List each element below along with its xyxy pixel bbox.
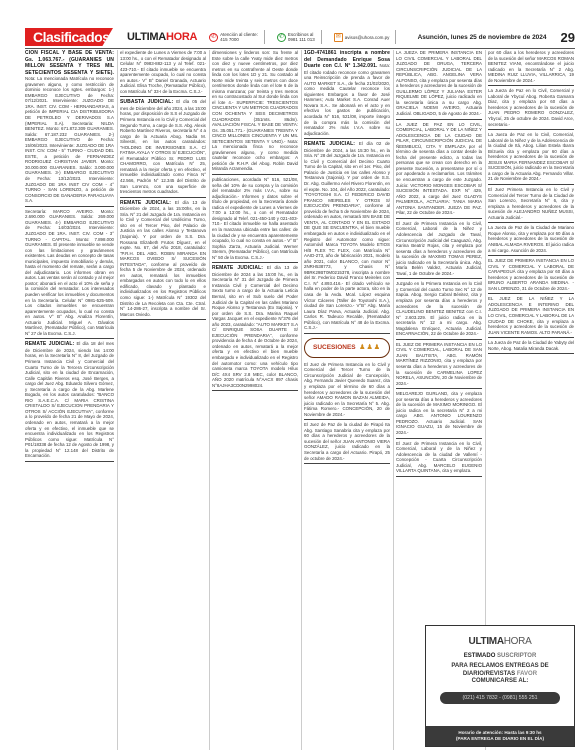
classified-notice: por 60 días a los herederos y acreedores… xyxy=(488,50,574,86)
column-2: el expediente de Lunes a Viernes de 7:00… xyxy=(117,50,206,750)
classified-notice: REMATE JUDICIAL: El día 13 de Diciembre … xyxy=(120,200,206,320)
divider xyxy=(321,30,322,44)
page-number: 29 xyxy=(561,30,575,45)
notice-body: El día 02 de Diciembre de 2024, a las 15… xyxy=(304,141,390,330)
classified-notice: Secretaría: MARCO AVEIRO. Monto: 2.690.0… xyxy=(25,209,114,340)
divider xyxy=(264,30,265,44)
classified-notice: 1GD-4741861 inscripta a nombre del Deman… xyxy=(304,50,390,139)
classified-notice: EL JUEZ DE PRIMERA INSTANCIA EN LO CIVIL… xyxy=(396,342,482,389)
notice-body: Nota: El citado rodado reconoce como gra… xyxy=(304,63,390,136)
notice-body: el expediente de Lunes a Viernes de 7:00… xyxy=(120,50,206,94)
classified-notice: La Jueza de Paz en lo Civil, Comercial, … xyxy=(488,132,574,185)
classified-notice: La Jueza de Paz de la Ciudad de Yabyty d… xyxy=(488,340,574,354)
subscriber-notice-box: ULTIMAHORA ESTIMADO SUSCRIPTOR PARA RECL… xyxy=(425,625,575,747)
header-rule xyxy=(25,48,575,49)
notice-body: Nota: La mencionada Matrícula no reconoc… xyxy=(25,76,114,203)
notice-body: MELGAREJO GURLAND, cita y emplaza por se… xyxy=(396,391,482,435)
classified-notice: REMATE JUDICIAL: El día 13 de Diciembre … xyxy=(212,265,298,391)
classified-notice: El Juez de Primera Instancia en lo Civil… xyxy=(396,221,482,279)
notice-body: LA JUEZ DE PAZ EN LO CIVIL, COMERCIAL, L… xyxy=(396,122,482,216)
notice-body: El día 18 del mes de Diciembre de 2024, … xyxy=(25,341,114,458)
classified-notice: MELGAREJO GURLAND, cita y emplaza por se… xyxy=(396,391,482,438)
notice-body: EL JUEZ DE PRIMERA INSTANCIA EN LO CIVIL… xyxy=(396,342,482,386)
classified-notice: El Juez de Paz de la ciudad de Pirapó It… xyxy=(304,422,390,464)
classified-notice: El Juez de Primera Instancia en lo Civil… xyxy=(304,362,390,420)
notice-body: publicaciones, acordada N° 516, 521/08, … xyxy=(212,177,298,260)
column-3: dimensiones y linderos son: Su frente al… xyxy=(209,50,298,750)
notice-body: El día 05 del mes de Diciembre del año 2… xyxy=(120,99,206,194)
notice-heading: REMATE JUDICIAL: xyxy=(304,141,355,147)
contact-whatsapp: ✆ Escribinos al0981 111 013 xyxy=(277,32,315,42)
notice-body: La Jueza de Paz en lo Civil, Comercial, … xyxy=(488,132,574,181)
notice-heading: REMATE JUDICIAL: xyxy=(120,200,171,206)
contact-email[interactable]: ✉ avisos@uhora.com.py xyxy=(334,33,390,42)
subscriber-title: ESTIMADO SUSCRIPTOR xyxy=(426,653,574,659)
notice-body: El Juez de Paz de la ciudad de Pirapó It… xyxy=(304,422,390,460)
notice-body: El Juez de Primera Instancia en lo Civil… xyxy=(304,362,390,417)
section-title: Clasificados xyxy=(33,29,109,45)
notice-heading: 1GD-4741861 inscripta a nombre del Deman… xyxy=(304,50,390,69)
classified-notice: Juzgado en lo Primera Instancia en lo Ci… xyxy=(396,281,482,339)
classified-notice: REMATE JUDICIAL: El día 02 de Diciembre … xyxy=(304,141,390,334)
whatsapp-icon: ✆ xyxy=(277,33,286,42)
classified-notice: La Jueza de Paz de la Ciudad de Mariano … xyxy=(488,225,574,256)
classified-notice: REMATE JUDICIAL: El día 18 del mes de Di… xyxy=(25,341,114,461)
classified-notice: EL JUEZ DE LA NIÑEZ Y LA ADOLESCENCIA E … xyxy=(488,296,574,338)
notice-body: El Juez de Primera Instancia en lo Civil… xyxy=(396,221,482,276)
notice-heading: CIÓN FISCAL Y BASE DE VENTA: Gs. 1.063.7… xyxy=(25,50,114,76)
column-1: CIÓN FISCAL Y BASE DE VENTA: Gs. 1.063.7… xyxy=(25,50,114,750)
issue-date: Asunción, lunes 25 de noviembre de 2024 xyxy=(418,34,547,41)
notice-body: Secretaría: MARCO AVEIRO. Monto: 2.690.0… xyxy=(25,209,114,336)
phone-icon: ✆ xyxy=(209,33,218,42)
subscriber-message: PARA RECLAMOS ENTREGAS DE DIARIO/REVISTA… xyxy=(426,663,574,686)
notice-heading: SUBASTA JUDICIAL: xyxy=(120,99,173,105)
classified-notice: LA JUEZA DE PRIMERA INSTANCIA EN LO CIVI… xyxy=(396,50,482,120)
divider xyxy=(395,30,396,44)
mail-icon: ✉ xyxy=(334,33,343,42)
classified-notice: SUBASTA JUDICIAL: El día 05 del mes de D… xyxy=(120,99,206,197)
classified-notice: el expediente de Lunes a Viernes de 7:00… xyxy=(120,50,206,97)
subscriber-logo: ULTIMAHORA xyxy=(426,636,574,647)
contact-phone: ✆ Atención al cliente:415 7000 xyxy=(209,32,258,42)
column-4: 1GD-4741861 inscripta a nombre del Deman… xyxy=(301,50,390,750)
notice-body: La Jueza de Paz de la Ciudad de Mariano … xyxy=(488,225,574,252)
notice-body: El día 13 de Diciembre de 2024 a las 15:… xyxy=(212,265,298,387)
notice-body: por 60 días a los herederos y acreedores… xyxy=(488,50,574,83)
classified-notice: dimensiones y linderos son: Su frente al… xyxy=(212,50,298,175)
notice-body: dimensiones y linderos son: Su frente al… xyxy=(212,50,298,171)
notice-heading: REMATE JUDICIAL: xyxy=(25,341,74,347)
section-header-sucesiones: SUCESIONES♟♟♟ xyxy=(304,338,390,358)
page-header: Clasificados ULTIMAHORA ✆ Atención al cl… xyxy=(25,28,575,46)
newspaper-logo: ULTIMAHORA xyxy=(127,31,197,43)
notice-body: LA JUEZA DE PRIMERA INSTANCIA EN LO CIVI… xyxy=(396,50,482,116)
classified-notice: La Jueza de Paz en lo Civil, Comercial y… xyxy=(488,88,574,130)
classified-notice: El Juez de Primera Instancia en lo Civil… xyxy=(396,441,482,477)
notice-body: El día 13 de Diciembre de 2024, a las 15… xyxy=(120,200,206,317)
classified-notice: EL JUEZ DE PRIMERA INSTANCIA EN LO CIVIL… xyxy=(488,258,574,294)
notice-body: La Jueza de Paz en lo Civil, Comercial y… xyxy=(488,88,574,126)
notice-body: El Juez de Primera Instancia en lo Civil… xyxy=(396,441,482,474)
notice-body: EL JUEZ DE LA NIÑEZ Y LA ADOLESCENCIA E … xyxy=(488,296,574,334)
subscriber-phones[interactable]: (021) 415 7832 - (0981) 555 251 xyxy=(440,692,560,704)
family-icon: ♟♟♟ xyxy=(359,345,381,351)
notice-body: La Jueza de Paz de la Ciudad de Yabyty d… xyxy=(488,340,574,351)
classified-notice: LA JUEZ DE PAZ EN LO CIVIL, COMERCIAL, L… xyxy=(396,122,482,219)
section-banner: Clasificados xyxy=(25,28,113,46)
section-label: SUCESIONES xyxy=(313,345,356,351)
notice-body: Juzgado en lo Primera Instancia en lo Ci… xyxy=(396,281,482,336)
classified-notice: publicaciones, acordada N° 516, 521/08, … xyxy=(212,177,298,263)
subscriber-hours: Horario de atención: Hasta las 9:30 hs (… xyxy=(426,726,574,746)
classified-notice: El Juez Primera Instancia en lo Civil y … xyxy=(488,187,574,223)
notice-body: El Juez Primera Instancia en lo Civil y … xyxy=(488,187,574,220)
notice-heading: REMATE JUDICIAL: xyxy=(212,265,263,271)
notice-body: EL JUEZ DE PRIMERA INSTANCIA EN LO CIVIL… xyxy=(488,258,574,291)
classified-notice: CIÓN FISCAL Y BASE DE VENTA: Gs. 1.063.7… xyxy=(25,50,114,207)
